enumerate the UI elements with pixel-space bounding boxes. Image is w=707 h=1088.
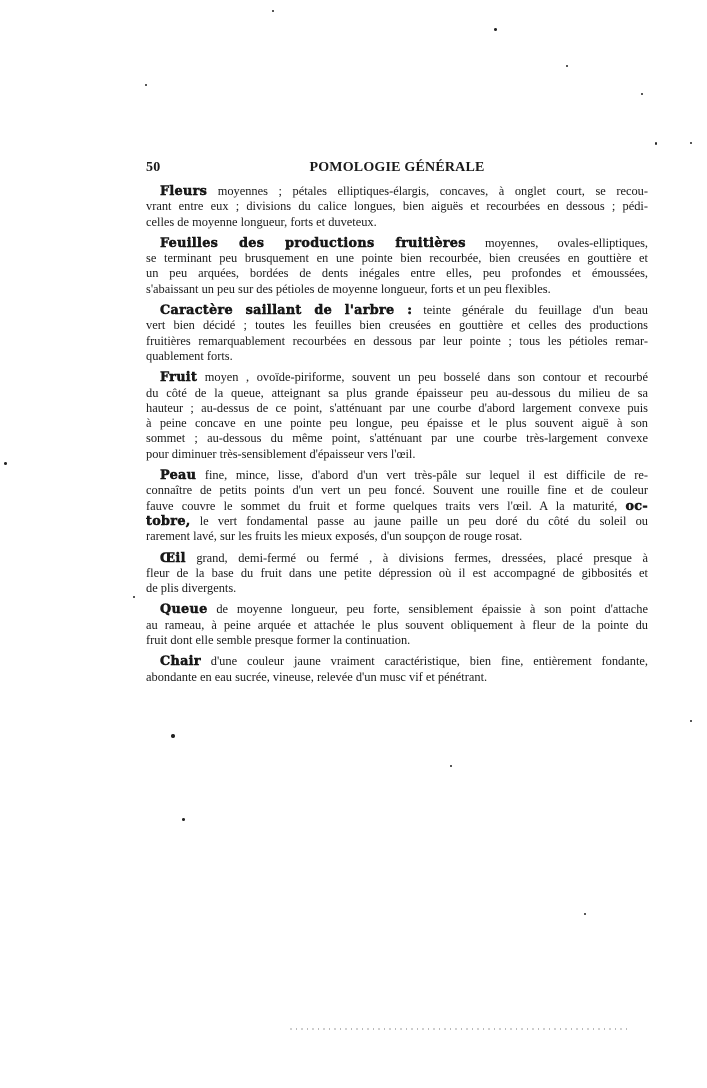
paragraph-peau: Peau fine, mince, lisse, d'abord d'un ve… — [146, 468, 648, 544]
text-line: quablement forts. — [146, 349, 648, 364]
line-text: le vert fondamental passe au jaune paill… — [191, 514, 648, 528]
text-line: abondante en eau sucrée, vineuse, relevé… — [146, 670, 648, 685]
text-line: pour diminuer très-sensiblement d'épaiss… — [146, 447, 648, 462]
text-line: Chair d'une couleur jaune vraiment carac… — [146, 654, 648, 669]
paragraph-caractere: Caractère saillant de l'arbre : teinte g… — [146, 303, 648, 364]
page-body: Fleurs moyennes ; pétales elliptiques-él… — [146, 184, 648, 691]
scan-speck — [272, 10, 274, 12]
text-line: Queue de moyenne longueur, peu forte, se… — [146, 602, 648, 617]
paragraph-lead: Chair — [160, 654, 201, 669]
scan-speck — [145, 84, 147, 86]
text-line: Caractère saillant de l'arbre : teinte g… — [146, 303, 648, 318]
running-title: POMOLOGIE GÉNÉRALE — [146, 160, 648, 176]
text-line: sommet ; au-dessous du même point, s'att… — [146, 431, 648, 446]
paragraph-lead: Caractère saillant de l'arbre : — [160, 303, 412, 318]
paragraph-lead: Fruit — [160, 370, 197, 385]
paragraph-queue: Queue de moyenne longueur, peu forte, se… — [146, 602, 648, 648]
scan-speck — [641, 93, 643, 95]
scan-speck — [584, 913, 586, 915]
scan-speck — [494, 28, 497, 31]
paragraph-chair: Chair d'une couleur jaune vraiment carac… — [146, 654, 648, 685]
scan-speck — [133, 596, 135, 598]
text-line: au rameau, à peine arquée et attachée le… — [146, 618, 648, 633]
line-text: fine, mince, lisse, d'abord d'un vert tr… — [196, 468, 648, 482]
scan-speck — [690, 142, 692, 144]
text-line: Fruit moyen , ovoïde-piriforme, souvent … — [146, 370, 648, 385]
paragraph-lead: Œil — [160, 551, 186, 566]
scan-speck — [171, 734, 175, 738]
text-line: Fleurs moyennes ; pétales elliptiques-él… — [146, 184, 648, 199]
scan-speck — [4, 462, 7, 465]
text-line: un peu arquées, bordées de dents inégale… — [146, 266, 648, 281]
month-emphasis: oc- — [625, 499, 648, 514]
line-text: moyen , ovoïde-piriforme, souvent un peu… — [197, 370, 648, 384]
paragraph-lead: Fleurs — [160, 184, 207, 199]
line-text: grand, demi-fermé ou fermé , à divisions… — [186, 551, 648, 565]
paragraph-lead: Peau — [160, 468, 196, 483]
text-line: celles de moyenne longueur, forts et duv… — [146, 215, 648, 230]
text-line: fruitières remarquablement recourbées en… — [146, 334, 648, 349]
paragraph-lead: Queue — [160, 602, 208, 617]
text-line: vrant entre eux ; divisions du calice lo… — [146, 199, 648, 214]
text-line: hauteur ; au-dessus de ce point, s'attén… — [146, 401, 648, 416]
paragraph-lead: Feuilles des productions fruitières — [160, 236, 466, 251]
text-line: fruit dont elle semble presque former la… — [146, 633, 648, 648]
scan-speck — [182, 818, 185, 821]
text-line: s'abaissant un peu sur des pétioles de m… — [146, 282, 648, 297]
page-header: 50 POMOLOGIE GÉNÉRALE — [146, 160, 648, 180]
line-text: fauve couvre le sommet du fruit et forme… — [146, 499, 625, 513]
scan-speck — [690, 720, 692, 722]
text-line: à peine concave en une pointe peu longue… — [146, 416, 648, 431]
paragraph-oeil: Œil grand, demi-fermé ou fermé , à divis… — [146, 551, 648, 597]
line-text: moyennes, ovales-elliptiques, — [466, 236, 648, 250]
text-line: Peau fine, mince, lisse, d'abord d'un ve… — [146, 468, 648, 483]
line-text: moyennes ; pétales elliptiques-élargis, … — [207, 184, 648, 198]
text-line: Feuilles des productions fruitières moye… — [146, 236, 648, 251]
line-text: teinte générale du feuillage d'un beau — [412, 303, 648, 317]
text-line: rarement lavé, sur les fruits les mieux … — [146, 529, 648, 544]
text-line: vert bien décidé ; toutes les feuilles b… — [146, 318, 648, 333]
text-line: fauve couvre le sommet du fruit et forme… — [146, 499, 648, 514]
text-line: de plis divergents. — [146, 581, 648, 596]
month-emphasis: tobre, — [146, 514, 191, 529]
text-line: du côté de la queue, atteignant sa plus … — [146, 386, 648, 401]
text-line: tobre, le vert fondamental passe au jaun… — [146, 514, 648, 529]
line-text: de moyenne longueur, peu forte, sensible… — [208, 602, 648, 616]
book-page: 50 POMOLOGIE GÉNÉRALE Fleurs moyennes ; … — [0, 0, 707, 1088]
text-line: fleur de la base du fruit dans une petit… — [146, 566, 648, 581]
paragraph-fruit: Fruit moyen , ovoïde-piriforme, souvent … — [146, 370, 648, 462]
paragraph-feuilles: Feuilles des productions fruitières moye… — [146, 236, 648, 297]
text-line: Œil grand, demi-fermé ou fermé , à divis… — [146, 551, 648, 566]
scan-noise-line — [290, 1028, 630, 1030]
text-line: se terminant peu brusquement en une poin… — [146, 251, 648, 266]
scan-speck — [450, 765, 452, 767]
scan-speck — [566, 65, 568, 67]
line-text: d'une couleur jaune vraiment caractérist… — [201, 654, 648, 668]
text-line: connaître de petits points d'un vert un … — [146, 483, 648, 498]
paragraph-fleurs: Fleurs moyennes ; pétales elliptiques-él… — [146, 184, 648, 230]
scan-speck — [655, 142, 657, 145]
